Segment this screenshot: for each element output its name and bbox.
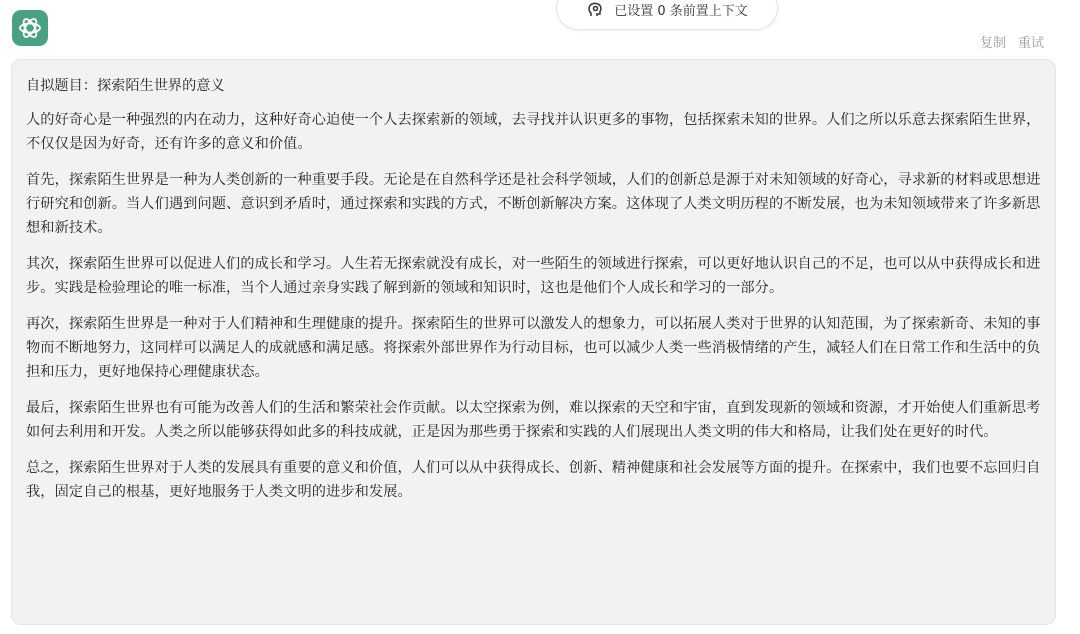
paragraph-intro: 人的好奇心是一种强烈的内在动力，这种好奇心迫使一个人去探索新的领域，去寻找并认识… [26,108,1041,156]
essay-title: 自拟题目：探索陌生世界的意义 [26,74,1041,98]
paragraph-conclusion: 总之，探索陌生世界对于人类的发展具有重要的意义和价值，人们可以从中获得成长、创新… [26,456,1041,504]
context-settings-button[interactable]: 已设置 0 条前置上下文 [556,0,778,30]
assistant-message-bubble: 自拟题目：探索陌生世界的意义 人的好奇心是一种强烈的内在动力，这种好奇心迫使一个… [11,59,1056,625]
context-pill-label: 已设置 0 条前置上下文 [614,0,748,19]
copy-button[interactable]: 复制 [980,32,1006,51]
retry-button[interactable]: 重试 [1018,32,1044,51]
brain-head-icon [586,1,604,19]
paragraph-second: 其次，探索陌生世界可以促进人们的成长和学习。人生若无探索就没有成长，对一些陌生的… [26,252,1041,300]
assistant-avatar [12,10,48,46]
paragraph-third: 再次，探索陌生世界是一种对于人们精神和生理健康的提升。探索陌生的世界可以激发人的… [26,312,1041,384]
openai-logo-icon [17,15,43,41]
paragraph-fourth: 最后，探索陌生世界也有可能为改善人们的生活和繁荣社会作贡献。以太空探索为例，难以… [26,396,1041,444]
message-actions: 复制 重试 [980,32,1044,51]
paragraph-first: 首先，探索陌生世界是一种为人类创新的一种重要手段。无论是在自然科学还是社会科学领… [26,168,1041,240]
